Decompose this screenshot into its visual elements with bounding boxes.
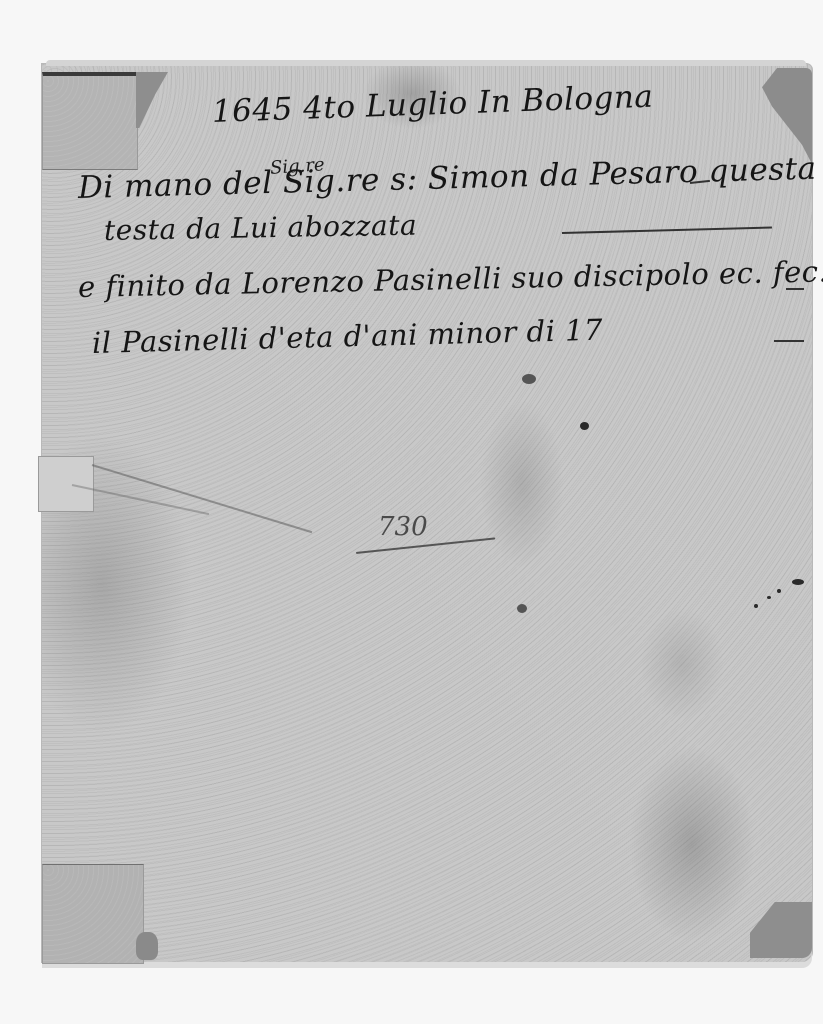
pen-dash	[786, 288, 804, 290]
pen-dash	[774, 340, 804, 342]
pen-rule-line	[562, 227, 772, 234]
inscription-line-finished-by: e finito da Lorenzo Pasinelli suo discip…	[78, 254, 823, 304]
catalog-number: 730	[378, 512, 428, 542]
inscription-line-attribution: Di mano del Sig.re s: Simon da Pesaro qu…	[78, 151, 817, 206]
inscription-line-sketch: testa da Lui abozzata	[104, 209, 418, 247]
inscription-line-age: il Pasinelli d'eta d'ani minor di 17	[92, 313, 604, 360]
inscription-line-date-place: 1645 4to Luglio In Bologna	[211, 79, 654, 130]
manuscript-sheet: 1645 4to Luglio In Bologna Sig.re Di man…	[42, 64, 812, 962]
